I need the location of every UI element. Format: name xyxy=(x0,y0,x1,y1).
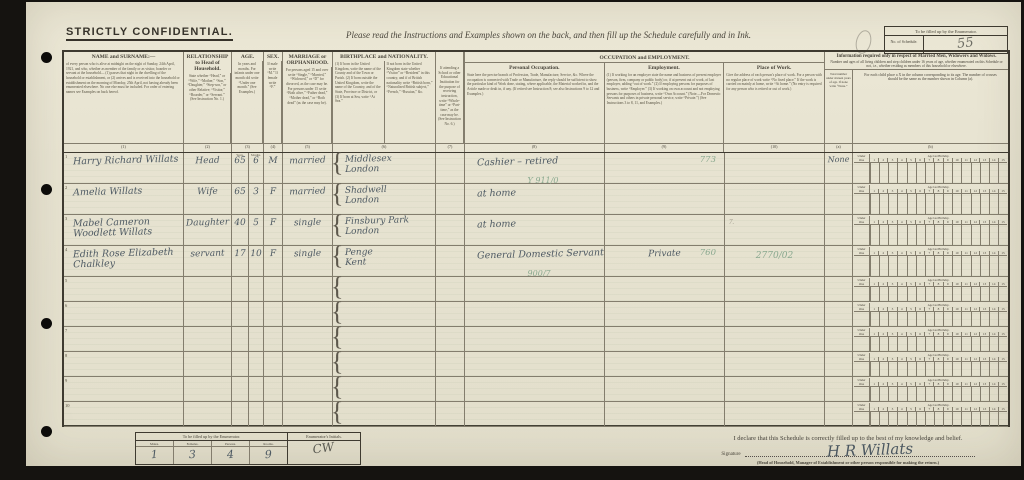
age-cross-cell xyxy=(870,362,879,376)
name-cell: 8 xyxy=(64,352,184,376)
age-cross-cell xyxy=(907,387,916,401)
under-one-label: Under One xyxy=(854,303,870,311)
place-of-work-cell xyxy=(725,153,825,183)
age-cross-cell xyxy=(925,412,934,426)
birthplace-column-description: (1) If born in the United Kingdom, write… xyxy=(333,61,384,143)
table-row: 7{Under OneAge last Birthday.12345678910… xyxy=(64,327,1008,352)
age-cross-cell xyxy=(925,312,934,326)
name-cell: 1Harry Richard Willats xyxy=(64,153,184,183)
age-cross-cell xyxy=(952,163,961,183)
age-cross-cell xyxy=(989,412,998,426)
birthplace-cell: {Finsbury Park London xyxy=(333,215,436,245)
age-cross-cell xyxy=(925,194,934,214)
age-months-cell: 3 xyxy=(249,184,264,214)
handwritten-age-years: 65 xyxy=(232,153,248,167)
age-cross-cell xyxy=(961,287,970,301)
children-total-cell xyxy=(825,402,853,426)
employment-code-annotation: 760 xyxy=(700,248,716,258)
employment-cell xyxy=(605,352,725,376)
children-total-cell xyxy=(825,215,853,245)
name-cell: 4Edith Rose Elizabeth Chalkley xyxy=(64,246,184,276)
age-months-cell: 10 xyxy=(249,246,264,276)
children-ages-cell: Under OneAge last Birthday.1234567891011… xyxy=(853,153,1008,183)
handwritten-age-months: 5 xyxy=(249,215,263,229)
age-cross-cell xyxy=(870,312,879,326)
marriage-cell xyxy=(283,377,333,401)
handwritten-children-total: None xyxy=(825,153,852,165)
handwritten-sex: F xyxy=(264,215,282,229)
name-cell: 5 xyxy=(64,277,184,301)
relationship-column-description: State whether “Head,” or “Wife,” “Mother… xyxy=(184,73,231,143)
declaration-section: I declare that this Schedule is correctl… xyxy=(681,435,1015,465)
occupation-cell xyxy=(465,277,605,301)
age-cross-cell xyxy=(879,362,888,376)
handwritten-age-months: 6 xyxy=(249,153,263,167)
birthplace-cell: { xyxy=(333,302,436,326)
children-age-grid: Under OneAge last Birthday.1234567891011… xyxy=(853,153,1008,183)
age-cross-cell xyxy=(934,287,943,301)
birthplace-cell: { xyxy=(333,377,436,401)
birthplace-column-title: BIRTHPLACE and NATIONALITY. xyxy=(333,52,435,61)
age-cross-cell xyxy=(998,362,1007,376)
age-years-cell xyxy=(232,302,249,326)
children-ages-cell: Under OneAge last Birthday.1234567891011… xyxy=(853,184,1008,214)
age-cross-cell xyxy=(870,194,879,214)
age-column-description: In years and months. For infants under o… xyxy=(232,61,263,143)
header-personal-occupation-column: Personal Occupation. State here the prec… xyxy=(465,63,605,152)
age-cross-cell xyxy=(998,387,1007,401)
age-cross-cell xyxy=(943,163,952,183)
birthplace-cell: {Shadwell London xyxy=(333,184,436,214)
age-cross-cell xyxy=(854,312,870,326)
table-row: 3Mabel Cameron Woodlett WillatsDaughter4… xyxy=(64,215,1008,246)
enumerator-summary-box: To be filled up by the Enumerator. Males… xyxy=(135,432,361,465)
punch-hole xyxy=(41,318,52,329)
age-cross-cell xyxy=(952,287,961,301)
age-cross-cell xyxy=(916,194,925,214)
age-cross-cell xyxy=(925,387,934,401)
header-name-column: NAME and SURNAME:— of every person who i… xyxy=(64,52,184,152)
confidential-heading: STRICTLY CONFIDENTIAL. xyxy=(66,26,233,41)
age-cross-cell xyxy=(897,412,906,426)
children-age-grid: Under OneAge last Birthday.1234567891011… xyxy=(853,184,1008,214)
children-age-grid: Under OneAge last Birthday.1234567891011… xyxy=(853,215,1008,245)
header-occupation-group: OCCUPATION and EMPLOYMENT. Personal Occu… xyxy=(465,52,825,152)
relationship-cell xyxy=(184,352,232,376)
age-cross-cell xyxy=(971,387,980,401)
education-column-description: If attending a School or other Education… xyxy=(436,52,464,143)
under-one-label: Under One xyxy=(854,378,870,386)
age-months-cell xyxy=(249,302,264,326)
pencil-note: 7. xyxy=(729,218,734,226)
age-cross-cell xyxy=(952,387,961,401)
place-of-work-cell: 2770/02 xyxy=(725,246,825,276)
table-row: 1Harry Richard WillatsHeadYears.65Months… xyxy=(64,153,1008,184)
handwritten-age-months: 3 xyxy=(249,184,263,198)
header-age-column: AGE. In years and months. For infants un… xyxy=(232,52,264,152)
age-cross-cell xyxy=(980,337,989,351)
sex-cell: M xyxy=(264,153,283,183)
age-cross-cell xyxy=(907,163,916,183)
age-cross-cell xyxy=(971,287,980,301)
age-cross-cell xyxy=(854,287,870,301)
marriage-cell xyxy=(283,327,333,351)
column-number: (10) xyxy=(724,143,824,152)
handwritten-name: Amelia Willats xyxy=(64,182,183,199)
age-months-cell xyxy=(249,402,264,426)
age-months-cell xyxy=(249,377,264,401)
education-cell xyxy=(436,302,465,326)
age-cross-cell xyxy=(952,194,961,214)
age-years-cell xyxy=(232,402,249,426)
table-row: 5{Under OneAge last Birthday.12345678910… xyxy=(64,277,1008,302)
age-cross-cell xyxy=(925,337,934,351)
header-sex-column: SEX. If male write “M.” If female write … xyxy=(264,52,283,152)
age-cross-cell xyxy=(854,225,870,245)
children-total-cell xyxy=(825,184,853,214)
age-cross-cell xyxy=(907,337,916,351)
sex-column-title: SEX. xyxy=(264,52,282,61)
children-ages-cell: Under OneAge last Birthday.1234567891011… xyxy=(853,327,1008,351)
age-cross-cell xyxy=(989,163,998,183)
relationship-cell xyxy=(184,277,232,301)
handwritten-occupation: at home xyxy=(465,213,604,231)
age-cross-cell xyxy=(888,194,897,214)
children-age-grid: Under OneAge last Birthday.1234567891011… xyxy=(853,302,1008,326)
enumerator-count-column: Males.1 xyxy=(136,441,174,464)
occupation-cell xyxy=(465,377,605,401)
enumerator-count-value: 4 xyxy=(211,446,249,466)
children-total-cell xyxy=(825,327,853,351)
age-cross-cell xyxy=(888,163,897,183)
handwritten-birthplace: Shadwell London xyxy=(333,183,436,207)
married-info-title: Information required only in respect of … xyxy=(825,52,1008,59)
column-number: (2) xyxy=(184,143,231,152)
age-cross-cell xyxy=(943,387,952,401)
column-number: (7) xyxy=(436,143,464,152)
age-cross-cell xyxy=(971,194,980,214)
enumerator-count-value: 3 xyxy=(173,446,211,466)
age-cross-cell xyxy=(897,362,906,376)
handwritten-name: Harry Richard Willats xyxy=(64,151,183,168)
header-relationship-column: RELATIONSHIP to Head of Household. State… xyxy=(184,52,232,152)
place-of-work-cell xyxy=(725,302,825,326)
marriage-column-title: MARRIAGE or ORPHANHOOD. xyxy=(283,52,332,67)
name-cell: 3Mabel Cameron Woodlett Willats xyxy=(64,215,184,245)
row-number: 9 xyxy=(65,378,67,383)
age-cross-cell xyxy=(998,163,1007,183)
age-cross-cell xyxy=(998,225,1007,245)
age-cross-cell xyxy=(897,387,906,401)
age-cross-cell xyxy=(870,287,879,301)
age-cross-cell xyxy=(888,362,897,376)
children-total-cell xyxy=(825,352,853,376)
handwritten-relationship: Daughter xyxy=(184,214,231,229)
children-total-cell xyxy=(825,277,853,301)
age-cross-cell xyxy=(916,225,925,245)
place-of-work-cell xyxy=(725,377,825,401)
employment-title: Employment. xyxy=(605,63,724,72)
age-cross-cell xyxy=(870,163,879,183)
age-cross-cell xyxy=(888,256,897,276)
age-cross-cell xyxy=(916,256,925,276)
relationship-cell: servant xyxy=(184,246,232,276)
age-cross-cell xyxy=(980,387,989,401)
row-number: 8 xyxy=(65,353,67,358)
under-one-label: Under One xyxy=(854,403,870,411)
column-number: (6) xyxy=(333,143,435,152)
age-cross-cell xyxy=(952,412,961,426)
marriage-cell: single xyxy=(283,246,333,276)
header-married-info-group: Information required only in respect of … xyxy=(825,52,1008,152)
personal-occupation-description: State here the precise branch of Profess… xyxy=(465,72,604,143)
age-cross-cell xyxy=(916,312,925,326)
age-cross-cell xyxy=(854,194,870,214)
age-years-cell xyxy=(232,277,249,301)
occupation-cell xyxy=(465,302,605,326)
age-cross-cell xyxy=(907,362,916,376)
age-cross-cell xyxy=(989,312,998,326)
age-cross-cell xyxy=(916,362,925,376)
age-cross-cell xyxy=(897,194,906,214)
header-education-column: If attending a School or other Education… xyxy=(436,52,465,152)
column-number: (3) xyxy=(232,143,263,152)
employment-code-annotation: 773 xyxy=(700,155,716,165)
relationship-cell: Head xyxy=(184,153,232,183)
enumerator-count-value: 1 xyxy=(135,446,173,466)
age-cross-cell xyxy=(897,225,906,245)
age-cross-cell xyxy=(943,194,952,214)
age-years-cell xyxy=(232,327,249,351)
children-age-grid: Under OneAge last Birthday.1234567891011… xyxy=(853,402,1008,426)
age-cross-cell xyxy=(870,256,879,276)
age-cross-cell xyxy=(943,337,952,351)
age-cross-cell xyxy=(952,312,961,326)
name-column-description: of every person who is alive at midnight… xyxy=(64,61,183,143)
place-of-work-cell: 7. xyxy=(725,215,825,245)
age-cross-cell xyxy=(916,387,925,401)
age-cross-cell xyxy=(888,387,897,401)
age-cross-cell xyxy=(925,225,934,245)
marriage-column-description: For persons aged 15 and over write “Sing… xyxy=(283,67,332,143)
column-number: (9) xyxy=(605,143,724,152)
children-total-description: Total number under sixteen years of age.… xyxy=(825,70,853,143)
age-cross-cell xyxy=(989,225,998,245)
row-number: 10 xyxy=(65,403,70,408)
age-cross-cell xyxy=(980,194,989,214)
handwritten-birthplace: Penge Kent xyxy=(333,245,436,269)
name-cell: 9 xyxy=(64,377,184,401)
age-cross-cell xyxy=(961,387,970,401)
age-cross-cell xyxy=(989,362,998,376)
age-column-title: AGE. xyxy=(232,52,263,61)
age-years-cell: 65 xyxy=(232,184,249,214)
column-number: (b) xyxy=(853,144,1008,152)
age-cross-cell xyxy=(925,256,934,276)
sex-cell: F xyxy=(264,246,283,276)
signature-line: H R Willats xyxy=(745,446,975,457)
census-form-paper: STRICTLY CONFIDENTIAL. Please read the I… xyxy=(26,2,1021,466)
age-cross-cell xyxy=(980,312,989,326)
relationship-cell: Daughter xyxy=(184,215,232,245)
column-number: (4) xyxy=(264,143,282,152)
age-cross-cell xyxy=(879,256,888,276)
age-cross-cell xyxy=(916,412,925,426)
age-cross-cell xyxy=(879,287,888,301)
age-cross-cell xyxy=(934,312,943,326)
age-cross-cell xyxy=(870,337,879,351)
age-cross-cell xyxy=(952,337,961,351)
birthplace-cell: { xyxy=(333,402,436,426)
sex-cell xyxy=(264,377,283,401)
handwritten-marriage: married xyxy=(283,152,332,167)
age-cross-cell xyxy=(943,225,952,245)
age-years-cell: Years.65 xyxy=(232,153,249,183)
table-row: 8{Under OneAge last Birthday.12345678910… xyxy=(64,352,1008,377)
age-cross-cell xyxy=(870,412,879,426)
employment-cell xyxy=(605,277,725,301)
age-cross-cell xyxy=(980,225,989,245)
header-place-of-work-column: Place of Work. Give the address of each … xyxy=(724,63,824,152)
age-cross-cell xyxy=(989,287,998,301)
age-cross-cell xyxy=(854,256,870,276)
age-cross-cell xyxy=(952,362,961,376)
children-ages-cell: Under OneAge last Birthday.1234567891011… xyxy=(853,215,1008,245)
employment-cell xyxy=(605,215,725,245)
age-cross-cell xyxy=(870,387,879,401)
age-cross-cell xyxy=(854,412,870,426)
children-total-cell xyxy=(825,246,853,276)
age-cross-cell xyxy=(998,337,1007,351)
relationship-cell xyxy=(184,327,232,351)
age-cross-cell xyxy=(879,225,888,245)
sex-cell: F xyxy=(264,184,283,214)
name-column-title: NAME and SURNAME:— xyxy=(64,52,183,61)
age-cross-cell xyxy=(989,256,998,276)
handwritten-age-years: 65 xyxy=(232,184,248,198)
name-cell: 7 xyxy=(64,327,184,351)
children-ages-cell: Under OneAge last Birthday.1234567891011… xyxy=(853,277,1008,301)
handwritten-name: Mabel Cameron Woodlett Willats xyxy=(64,213,184,240)
relationship-cell xyxy=(184,302,232,326)
age-cross-cell xyxy=(925,163,934,183)
children-total-cell: None xyxy=(825,153,853,183)
children-ages-cell: Under OneAge last Birthday.1234567891011… xyxy=(853,352,1008,376)
punch-hole xyxy=(41,52,52,63)
age-cross-cell xyxy=(916,287,925,301)
nationality-column-description: If not born in the United Kingdom state … xyxy=(384,61,436,143)
age-cross-cell xyxy=(870,225,879,245)
place-of-work-cell xyxy=(725,277,825,301)
enumerator-box-title: To be filled up by the Enumerator. xyxy=(136,433,287,441)
age-cross-cell xyxy=(980,362,989,376)
age-cross-cell xyxy=(916,163,925,183)
age-cross-cell xyxy=(943,412,952,426)
age-cross-cell xyxy=(971,337,980,351)
signature-label: Signature xyxy=(721,452,740,457)
age-cross-cell xyxy=(934,256,943,276)
age-cross-cell xyxy=(971,362,980,376)
age-cross-cell xyxy=(879,163,888,183)
age-cross-cell xyxy=(934,337,943,351)
age-cross-cell xyxy=(971,312,980,326)
enumerator-count-value: 9 xyxy=(249,446,287,466)
age-cross-cell xyxy=(854,362,870,376)
handwritten-marriage: single xyxy=(283,214,332,229)
relationship-cell: Wife xyxy=(184,184,232,214)
relationship-cell xyxy=(184,377,232,401)
handwritten-occupation: Cashier – retired xyxy=(465,151,604,169)
age-cross-cell xyxy=(916,337,925,351)
age-cross-cell xyxy=(888,287,897,301)
age-cross-cell xyxy=(897,163,906,183)
marriage-cell: married xyxy=(283,153,333,183)
place-of-work-cell xyxy=(725,327,825,351)
handwritten-birthplace: Finsbury Park London xyxy=(333,214,436,238)
children-total-cell xyxy=(825,302,853,326)
married-info-description: Number and ages of all living children a… xyxy=(825,59,1008,69)
education-cell xyxy=(436,215,465,245)
age-cross-cell xyxy=(952,256,961,276)
handwritten-sex: F xyxy=(264,246,282,260)
marriage-cell: single xyxy=(283,215,333,245)
table-row: 4Edith Rose Elizabeth Chalkleyservant171… xyxy=(64,246,1008,277)
age-cross-cell xyxy=(879,387,888,401)
name-cell: 10 xyxy=(64,402,184,426)
row-number: 5 xyxy=(65,278,67,283)
sex-cell xyxy=(264,277,283,301)
place-of-work-cell xyxy=(725,352,825,376)
age-cross-cell xyxy=(888,225,897,245)
age-cross-cell xyxy=(934,362,943,376)
children-age-grid: Under OneAge last Birthday.1234567891011… xyxy=(853,246,1008,276)
age-cross-cell xyxy=(989,194,998,214)
age-cross-cell xyxy=(934,412,943,426)
enumerator-count-column: Persons.4 xyxy=(212,441,250,464)
employment-cell xyxy=(605,402,725,426)
education-cell xyxy=(436,184,465,214)
education-cell xyxy=(436,377,465,401)
age-cross-cell xyxy=(943,362,952,376)
age-cross-cell xyxy=(854,163,870,183)
column-number: (8) xyxy=(465,143,604,152)
education-cell xyxy=(436,402,465,426)
age-cross-cell xyxy=(971,163,980,183)
table-body: 1Harry Richard WillatsHeadYears.65Months… xyxy=(64,153,1008,427)
employment-description: (1) If working for an employer state the… xyxy=(605,72,724,143)
age-cross-cell xyxy=(998,194,1007,214)
row-number: 6 xyxy=(65,303,67,308)
occupation-cell xyxy=(465,352,605,376)
age-cross-cell xyxy=(934,225,943,245)
handwritten-age-years: 17 xyxy=(232,246,248,260)
under-one-label: Under One xyxy=(854,328,870,336)
sex-column-description: If male write “M.” If female write “F.” xyxy=(264,61,282,143)
handwritten-sex: F xyxy=(264,184,282,198)
sex-cell xyxy=(264,302,283,326)
handwritten-occupation: at home xyxy=(465,182,604,200)
children-age-grid: Under OneAge last Birthday.1234567891011… xyxy=(853,377,1008,401)
age-cross-cell xyxy=(961,312,970,326)
row-number: 7 xyxy=(65,328,67,333)
age-cross-cell xyxy=(998,412,1007,426)
age-cross-cell xyxy=(961,256,970,276)
age-cross-cell xyxy=(961,412,970,426)
punch-hole xyxy=(41,184,52,195)
age-cross-cell xyxy=(897,256,906,276)
age-cross-cell xyxy=(907,412,916,426)
children-age-grid: Under OneAge last Birthday.1234567891011… xyxy=(853,352,1008,376)
